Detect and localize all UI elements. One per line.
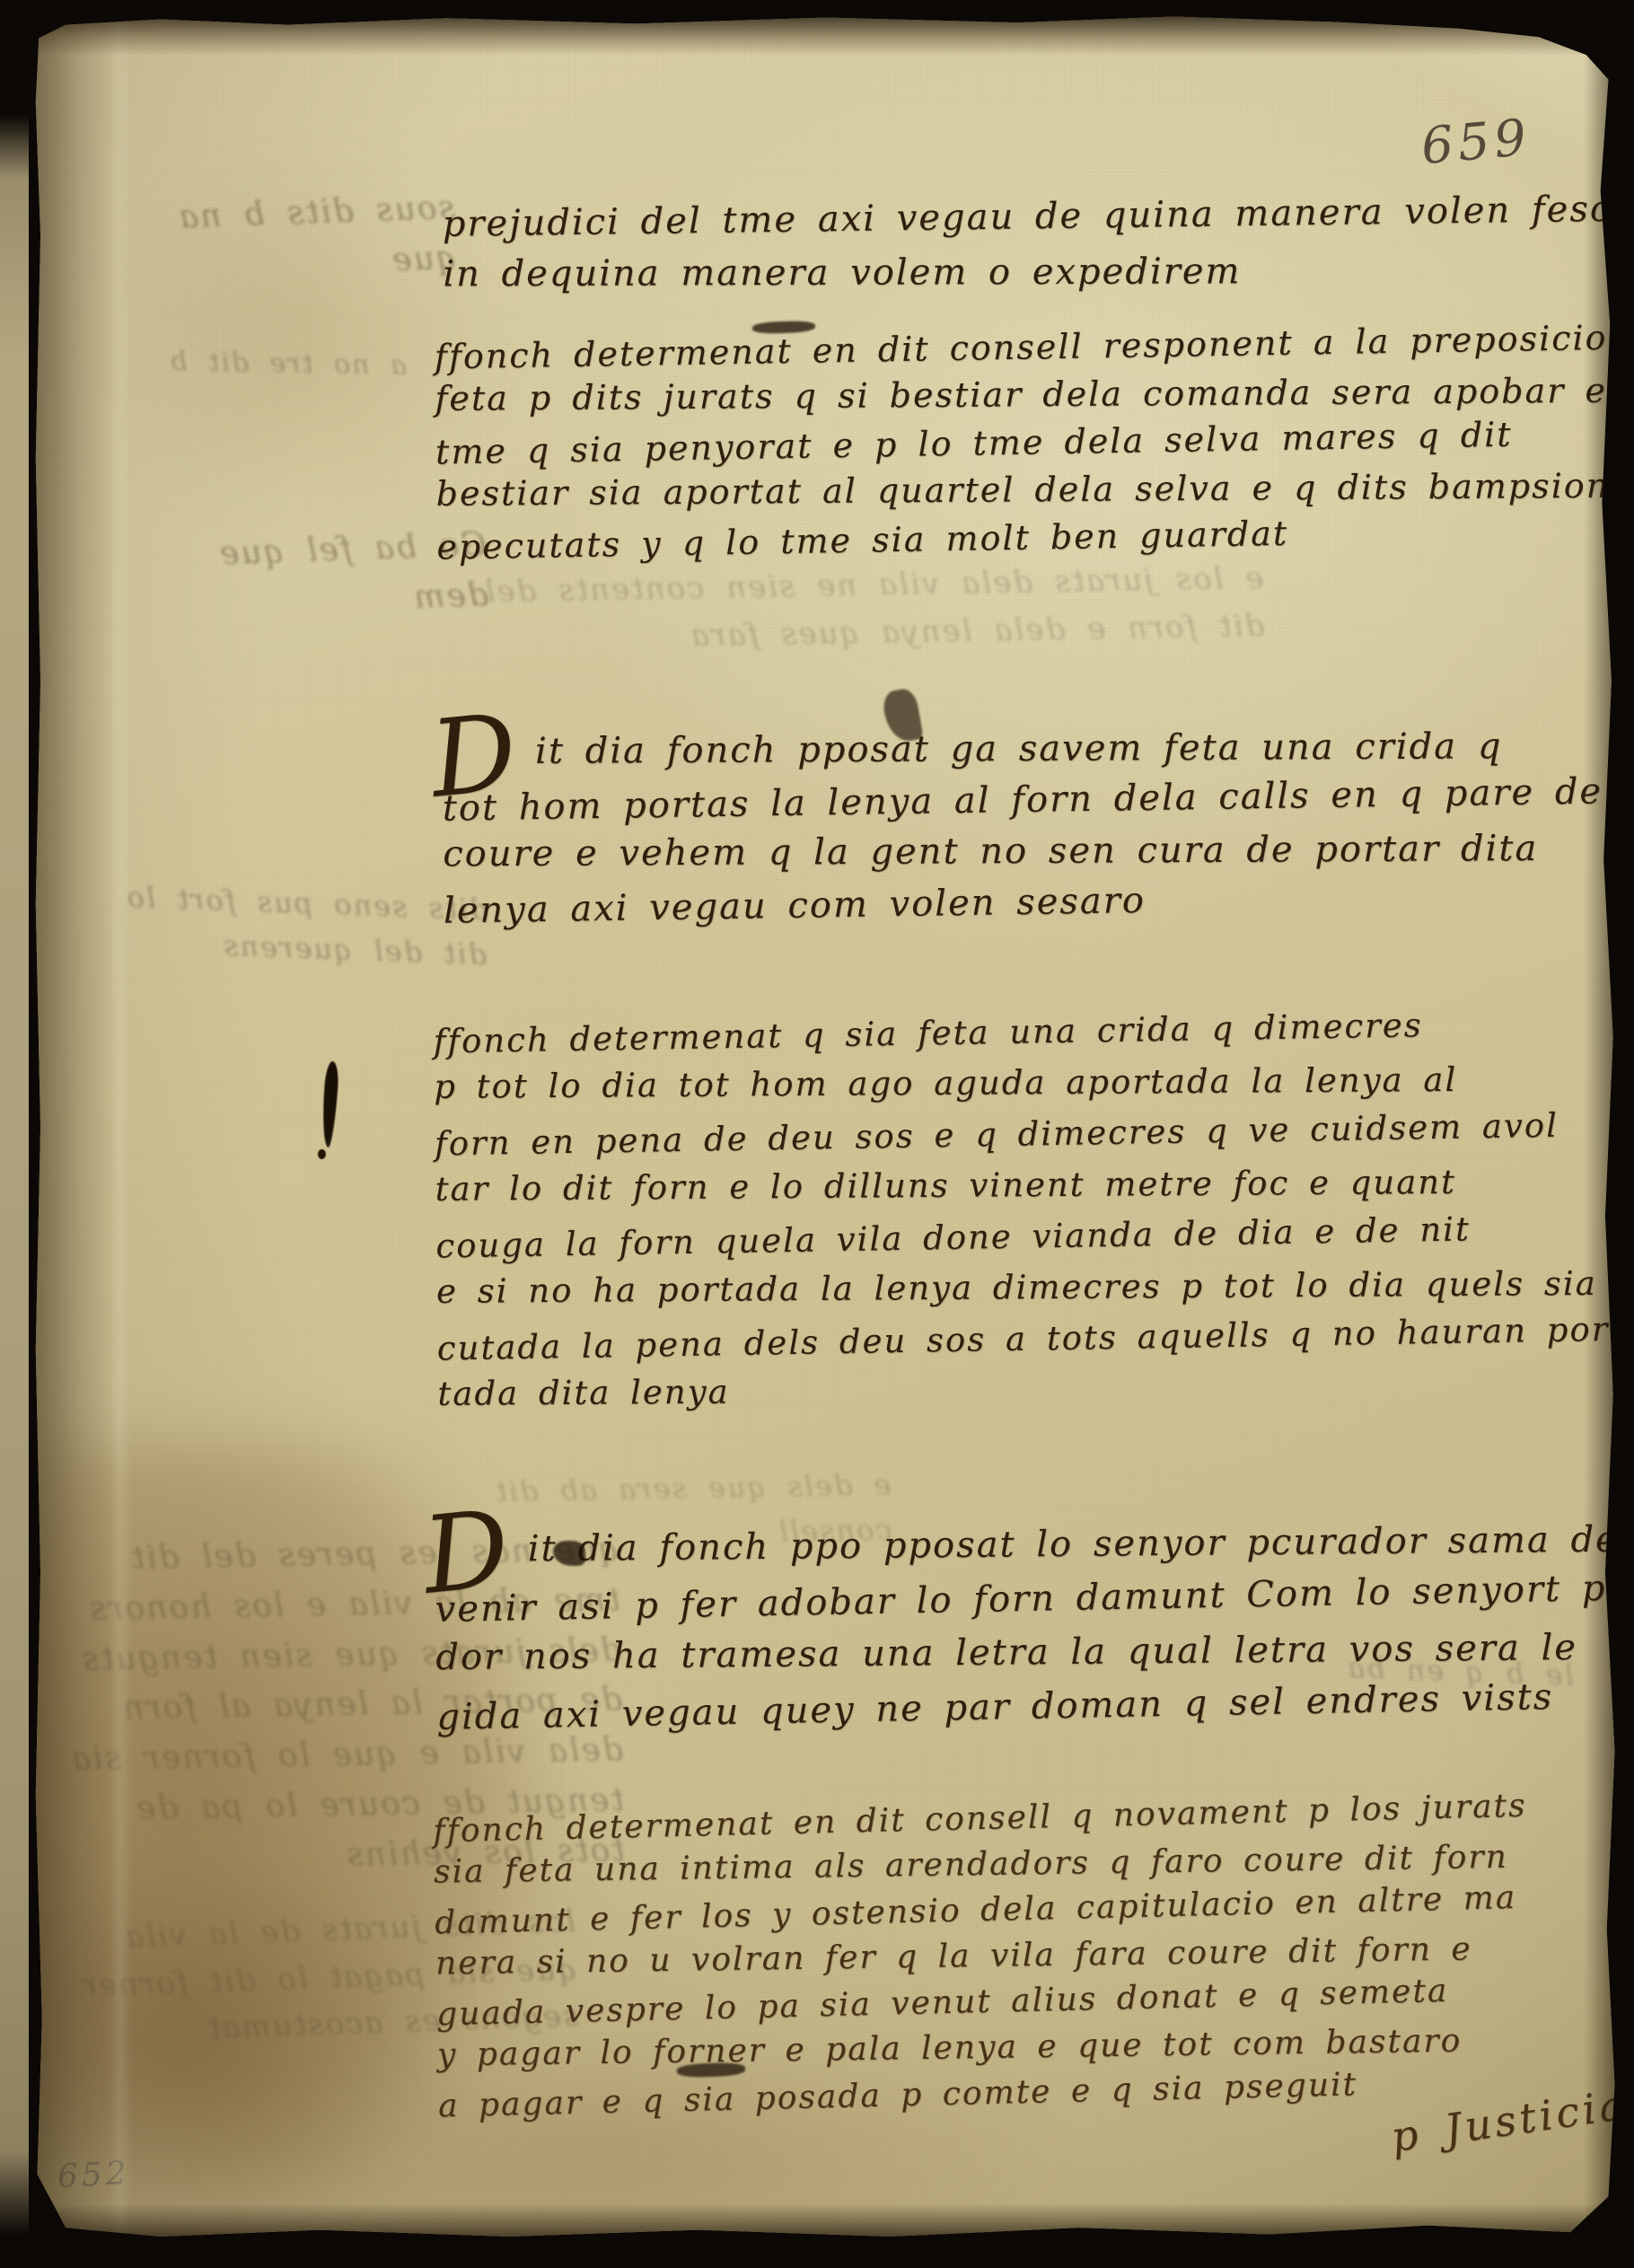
ink-blot <box>318 1149 326 1159</box>
handwritten-paragraph: ffonch determenat en dit consell q novam… <box>433 1785 1533 2126</box>
fold-shadow <box>34 13 117 2241</box>
bleed-through-text: sous dits b na que <box>140 183 458 294</box>
handwritten-paragraph: D it dia fonch pposat ga savem feta una … <box>442 717 1604 935</box>
handwritten-line: tada dita lenya <box>437 1359 1634 1420</box>
ink-blot <box>321 1061 340 1148</box>
page-edge-shadow <box>34 2203 1618 2241</box>
bleed-through-text: e los jurats dela vila ne sien contents … <box>437 555 1265 664</box>
bleed-through-text: dits seno pus fort lo dit del querens <box>118 875 488 977</box>
handwritten-paragraph: ffonch determenat q sia feta una crida q… <box>433 998 1634 1423</box>
handwritten-paragraph: D it dia fonch ppo pposat lo senyor pcur… <box>434 1508 1634 1742</box>
fold-highlight <box>115 13 126 2241</box>
handwritten-paragraph: ffonch determenat en dit consell respone… <box>434 315 1634 568</box>
page-edge-shadow <box>1584 13 1618 2241</box>
page-edge-shadow <box>34 13 1618 56</box>
book-edge-strip <box>0 115 29 2236</box>
bleed-through-text: a no tre dit b <box>110 340 408 387</box>
manuscript-page: sous dits b na que a no tre dit b Go ba … <box>34 13 1618 2241</box>
handwritten-line: in dequina manera volem o expedirem <box>443 242 1634 303</box>
handwritten-line: prejudici del tme axi vegau de quina man… <box>442 180 1634 252</box>
handwritten-paragraph: prejudici del tme axi vegau de quina man… <box>442 183 1634 305</box>
manuscript-photo: sous dits b na que a no tre dit b Go ba … <box>0 0 1634 2268</box>
